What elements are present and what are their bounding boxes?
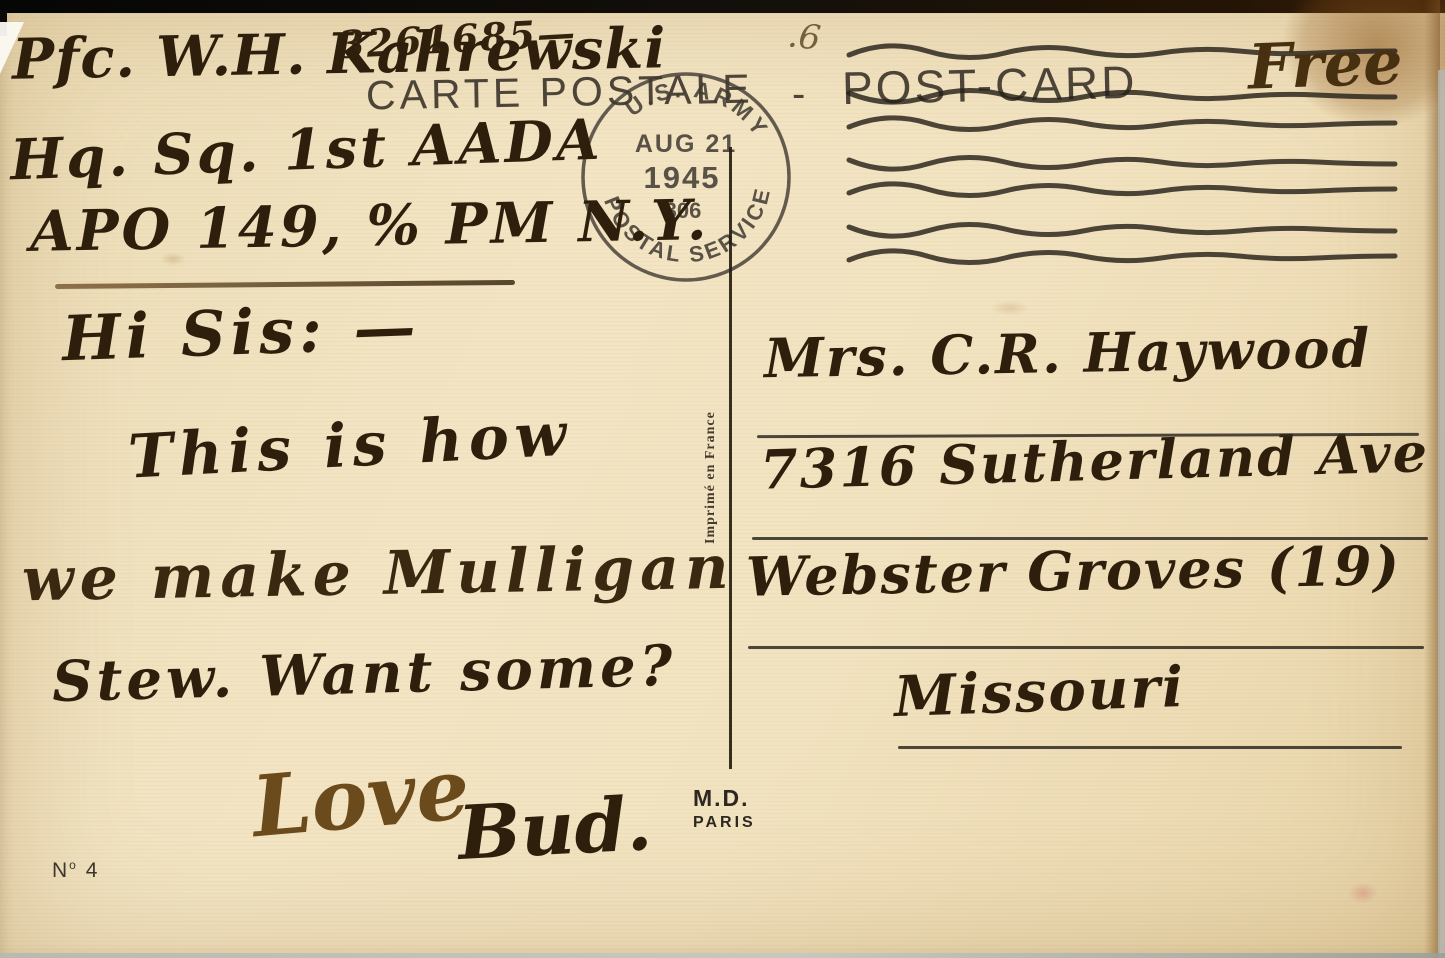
pen-stroke bbox=[55, 280, 515, 289]
postcard-scan: CARTE POSTALE - POST-CARD U.S. ARMY POST… bbox=[0, 0, 1445, 958]
free-frank-handwriting: Free bbox=[1247, 31, 1404, 98]
message-signature: Bud. bbox=[456, 787, 653, 871]
imprime-en-france-label: Imprimé en France bbox=[703, 372, 723, 544]
publisher-mark: M.D. PARIS bbox=[693, 785, 756, 832]
sender-unit-line: Hq. Sq. 1st AADA bbox=[9, 112, 603, 189]
message-line: This is how bbox=[127, 404, 574, 487]
sender-apo-line: APO 149, % PM N.Y. bbox=[30, 192, 710, 260]
message-line: we make Mulligan bbox=[22, 538, 736, 610]
message-closing: Love bbox=[249, 747, 473, 850]
recipient-city: Webster Groves (19) bbox=[746, 538, 1402, 603]
recipient-name: Mrs. C.R. Haywood bbox=[764, 321, 1372, 386]
publisher-initials: M.D. bbox=[693, 785, 756, 812]
message-greeting: Hi Sis: — bbox=[61, 296, 421, 370]
series-value: 4 bbox=[86, 859, 100, 882]
sender-name-line: Pfc. W.H. Kahrewski bbox=[12, 20, 667, 87]
scan-edge-bottom bbox=[0, 953, 1445, 958]
address-rule-line bbox=[748, 646, 1424, 649]
postmark-date-month-day: AUG 21 bbox=[635, 130, 737, 158]
scan-edge-top bbox=[0, 0, 1445, 13]
message-line: Stew. Want some? bbox=[51, 638, 677, 710]
address-rule-line bbox=[898, 746, 1402, 749]
foxing-spot bbox=[990, 300, 1030, 316]
series-superscript: o bbox=[69, 858, 78, 872]
series-prefix: N bbox=[52, 859, 69, 882]
address-rule-line bbox=[752, 537, 1428, 540]
publisher-city: PARIS bbox=[693, 814, 756, 832]
pencil-note: .6 bbox=[786, 18, 822, 56]
series-number: No 4 bbox=[52, 858, 99, 883]
scan-edge-right bbox=[1438, 70, 1445, 958]
recipient-state: Missouri bbox=[893, 659, 1186, 725]
center-divider-line bbox=[729, 147, 732, 769]
pink-smudge-stain bbox=[1348, 882, 1378, 904]
